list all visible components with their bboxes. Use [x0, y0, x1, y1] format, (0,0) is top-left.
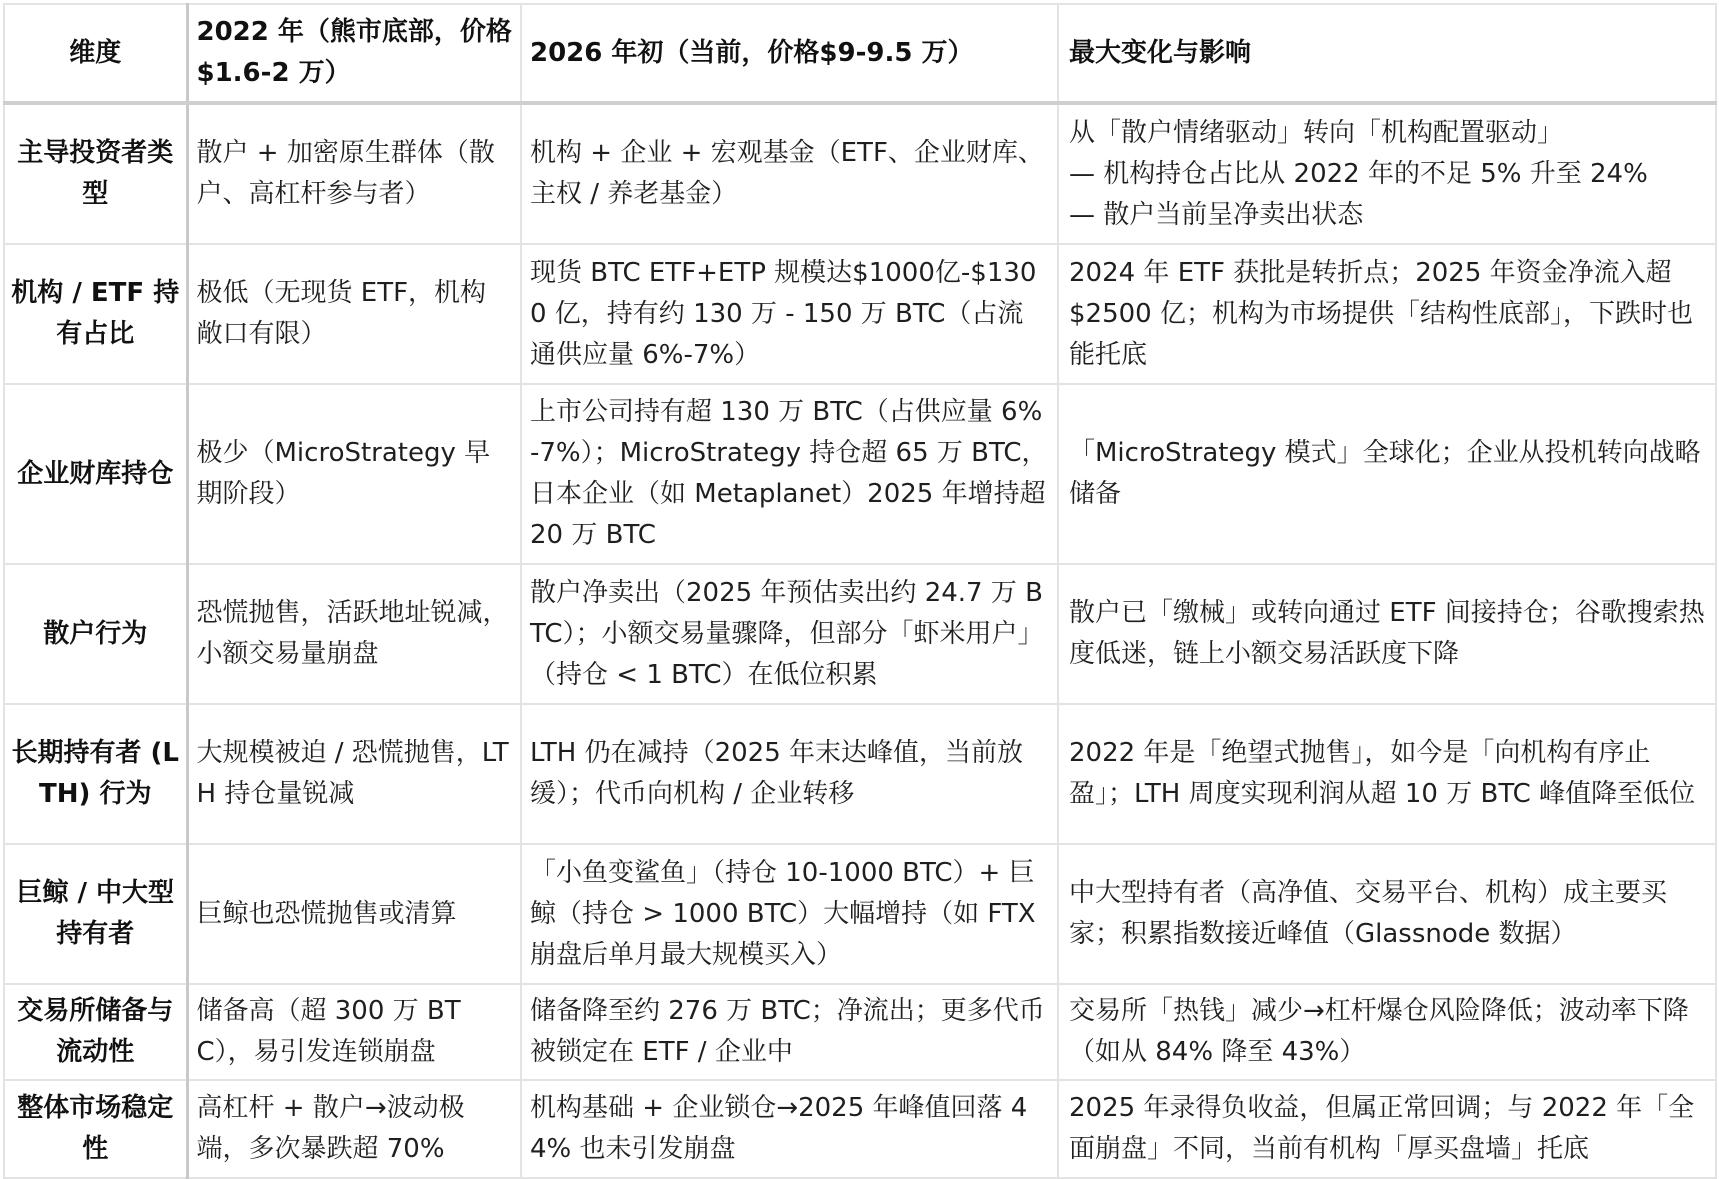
row-dimension: 散户行为: [4, 564, 187, 704]
impact-line: 从「散户情绪驱动」转向「机构配置驱动」: [1069, 113, 1707, 154]
comparison-table-container: 维度 2022 年（熊市底部，价格$1.6-2 万） 2026 年初（当前，价格…: [3, 3, 1715, 1175]
row-dimension: 巨鲸 / 中大型持有者: [4, 844, 187, 984]
header-impact: 最大变化与影响: [1058, 4, 1716, 103]
row-dimension: 主导投资者类型: [4, 103, 187, 244]
row-2026-value: 现货 BTC ETF+ETP 规模达$1000亿-$1300 亿，持有约 130…: [521, 244, 1058, 384]
table-row: 长期持有者 (LTH) 行为 大规模被迫 / 恐慌抛售，LTH 持仓量锐减 LT…: [4, 704, 1716, 844]
row-2022-value: 大规模被迫 / 恐慌抛售，LTH 持仓量锐减: [187, 704, 521, 844]
row-2026-value: LTH 仍在减持（2025 年末达峰值，当前放缓）；代币向机构 / 企业转移: [521, 704, 1058, 844]
table-row: 散户行为 恐慌抛售，活跃地址锐减，小额交易量崩盘 散户净卖出（2025 年预估卖…: [4, 564, 1716, 704]
impact-line: — 散户当前呈净卖出状态: [1069, 195, 1707, 236]
row-2026-value: 机构基础 + 企业锁仓→2025 年峰值回落 44% 也未引发崩盘: [521, 1080, 1058, 1175]
row-2022-value: 巨鲸也恐慌抛售或清算: [187, 844, 521, 984]
table-row: 主导投资者类型 散户 + 加密原生群体（散户、高杠杆参与者） 机构 + 企业 +…: [4, 103, 1716, 244]
row-2022-value: 散户 + 加密原生群体（散户、高杠杆参与者）: [187, 103, 521, 244]
row-2022-value: 极低（无现货 ETF，机构敞口有限）: [187, 244, 521, 384]
table-row: 机构 / ETF 持有占比 极低（无现货 ETF，机构敞口有限） 现货 BTC …: [4, 244, 1716, 384]
row-impact: 从「散户情绪驱动」转向「机构配置驱动」 — 机构持仓占比从 2022 年的不足 …: [1058, 103, 1716, 244]
row-2026-value: 机构 + 企业 + 宏观基金（ETF、企业财库、主权 / 养老基金）: [521, 103, 1058, 244]
row-impact: 散户已「缴械」或转向通过 ETF 间接持仓；谷歌搜索热度低迷，链上小额交易活跃度…: [1058, 564, 1716, 704]
row-2026-value: 储备降至约 276 万 BTC；净流出；更多代币被锁定在 ETF / 企业中: [521, 984, 1058, 1080]
btc-market-structure-comparison-table: 维度 2022 年（熊市底部，价格$1.6-2 万） 2026 年初（当前，价格…: [3, 3, 1717, 1175]
row-impact: 2025 年录得负收益，但属正常回调；与 2022 年「全面崩盘」不同，当前有机…: [1058, 1080, 1716, 1175]
row-2022-value: 极少（MicroStrategy 早期阶段）: [187, 384, 521, 564]
table-row: 交易所储备与流动性 储备高（超 300 万 BTC），易引发连锁崩盘 储备降至约…: [4, 984, 1716, 1080]
table-row: 整体市场稳定性 高杠杆 + 散户→波动极端，多次暴跌超 70% 机构基础 + 企…: [4, 1080, 1716, 1175]
table-header-row: 维度 2022 年（熊市底部，价格$1.6-2 万） 2026 年初（当前，价格…: [4, 4, 1716, 103]
row-2022-value: 储备高（超 300 万 BTC），易引发连锁崩盘: [187, 984, 521, 1080]
row-2026-value: 上市公司持有超 130 万 BTC（占供应量 6%-7%）；MicroStrat…: [521, 384, 1058, 564]
table-row: 企业财库持仓 极少（MicroStrategy 早期阶段） 上市公司持有超 13…: [4, 384, 1716, 564]
header-dimension: 维度: [4, 4, 187, 103]
row-impact: 交易所「热钱」减少→杠杆爆仓风险降低；波动率下降（如从 84% 降至 43%）: [1058, 984, 1716, 1080]
row-dimension: 长期持有者 (LTH) 行为: [4, 704, 187, 844]
row-2022-value: 高杠杆 + 散户→波动极端，多次暴跌超 70%: [187, 1080, 521, 1175]
row-2026-value: 散户净卖出（2025 年预估卖出约 24.7 万 BTC）；小额交易量骤降，但部…: [521, 564, 1058, 704]
row-2022-value: 恐慌抛售，活跃地址锐减，小额交易量崩盘: [187, 564, 521, 704]
row-dimension: 机构 / ETF 持有占比: [4, 244, 187, 384]
row-dimension: 整体市场稳定性: [4, 1080, 187, 1175]
row-impact: 2022 年是「绝望式抛售」，如今是「向机构有序止盈」；LTH 周度实现利润从超…: [1058, 704, 1716, 844]
header-2022: 2022 年（熊市底部，价格$1.6-2 万）: [187, 4, 521, 103]
row-impact: 中大型持有者（高净值、交易平台、机构）成主要买家；积累指数接近峰值（Glassn…: [1058, 844, 1716, 984]
row-dimension: 企业财库持仓: [4, 384, 187, 564]
row-2026-value: 「小鱼变鲨鱼」（持仓 10-1000 BTC）+ 巨鲸（持仓 > 1000 BT…: [521, 844, 1058, 984]
row-dimension: 交易所储备与流动性: [4, 984, 187, 1080]
table-row: 巨鲸 / 中大型持有者 巨鲸也恐慌抛售或清算 「小鱼变鲨鱼」（持仓 10-100…: [4, 844, 1716, 984]
impact-line: — 机构持仓占比从 2022 年的不足 5% 升至 24%: [1069, 154, 1707, 195]
header-2026: 2026 年初（当前，价格$9-9.5 万）: [521, 4, 1058, 103]
row-impact: 「MicroStrategy 模式」全球化；企业从投机转向战略储备: [1058, 384, 1716, 564]
row-impact: 2024 年 ETF 获批是转折点；2025 年资金净流入超 $2500 亿；机…: [1058, 244, 1716, 384]
